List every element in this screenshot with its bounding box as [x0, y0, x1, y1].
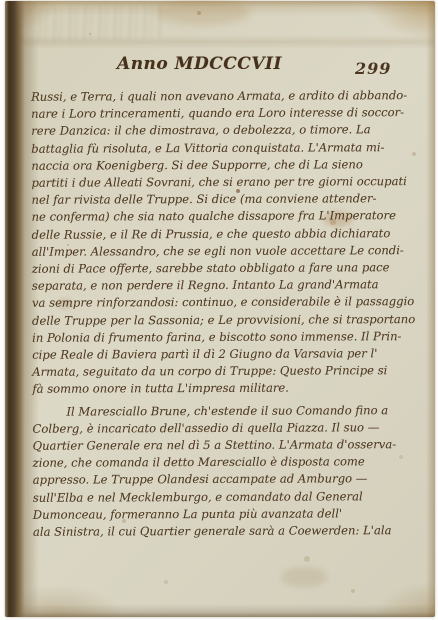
- manuscript-page: Anno MDCCCVII 299 Russi, e Terra, i qual…: [5, 1, 435, 617]
- manuscript-line: cipe Reale di Baviera partì il dì 2 Giug…: [32, 345, 378, 364]
- manuscript-line: naccia ora Koenigberg. Si dee Supporre, …: [31, 156, 377, 175]
- manuscript-line: Il Maresciallo Brune, ch'estende il suo …: [32, 402, 378, 421]
- manuscript-line: va sempre rinforzandosi: continuo, e con…: [32, 294, 378, 313]
- manuscript-line: separata, e non perdere il Regno. Intant…: [32, 276, 378, 295]
- manuscript-line: Colberg, è incaricato dell'assedio di qu…: [32, 419, 378, 438]
- ink-bleedthrough: [32, 4, 163, 43]
- manuscript-line: rere Danzica: il che dimostrava, o debol…: [31, 122, 377, 141]
- manuscript-line: Dumonceau, formeranno La punta più avanz…: [33, 505, 379, 524]
- manuscript-line: partiti i due Alleati Sovrani, che si er…: [31, 173, 377, 192]
- manuscript-line: ala Sinistra, il cui Quartier generale s…: [33, 522, 379, 541]
- manuscript-line: delle Truppe per la Sassonia; e Le provv…: [32, 311, 378, 330]
- page-number: 299: [355, 59, 391, 78]
- manuscript-line: in Polonia di frumento farina, e biscott…: [32, 328, 378, 347]
- manuscript-scan: Anno MDCCCVII 299 Russi, e Terra, i qual…: [0, 0, 438, 620]
- paper-stain: [281, 567, 327, 587]
- manuscript-line: Russi, e Terra, i quali non avevano Arma…: [31, 87, 377, 106]
- manuscript-line: Armata, seguitato da un corpo di Truppe:…: [32, 362, 378, 381]
- manuscript-line: sull'Elba e nel Mecklemburgo, e comandat…: [33, 488, 379, 507]
- manuscript-line: all'Imper. Alessandro, che se egli non v…: [32, 242, 378, 261]
- manuscript-line: battaglia fù risoluta, e La Vittoria con…: [31, 139, 377, 158]
- manuscript-line: Quartier Generale era nel dì 5 a Stettin…: [33, 436, 379, 455]
- manuscript-line: zione, che comanda il detto Maresciallo …: [33, 454, 379, 473]
- paragraph: Russi, e Terra, i quali non avevano Arma…: [31, 87, 378, 398]
- manuscript-line: fà sommo onore in tutta L'impresa milita…: [32, 380, 378, 399]
- manuscript-text: Russi, e Terra, i quali non avevano Arma…: [31, 87, 379, 541]
- manuscript-line: ne conferma) che sia nato qualche dissap…: [32, 208, 378, 227]
- paper-stain: [155, 0, 250, 25]
- manuscript-line: nel far rivista delle Truppe. Si dice (m…: [31, 190, 377, 209]
- manuscript-line: zioni di Pace offerte, sarebbe stato obb…: [32, 259, 378, 278]
- manuscript-line: delle Russie, e il Re di Prussia, e che …: [32, 225, 378, 244]
- manuscript-line: appresso. Le Truppe Olandesi accampate a…: [33, 471, 379, 490]
- manuscript-line: nare i Loro trinceramenti, quando era Lo…: [31, 104, 377, 123]
- foxing-spots: [5, 1, 7, 3]
- paragraph: Il Maresciallo Brune, ch'estende il suo …: [32, 402, 379, 541]
- page-heading: Anno MDCCCVII: [117, 54, 267, 74]
